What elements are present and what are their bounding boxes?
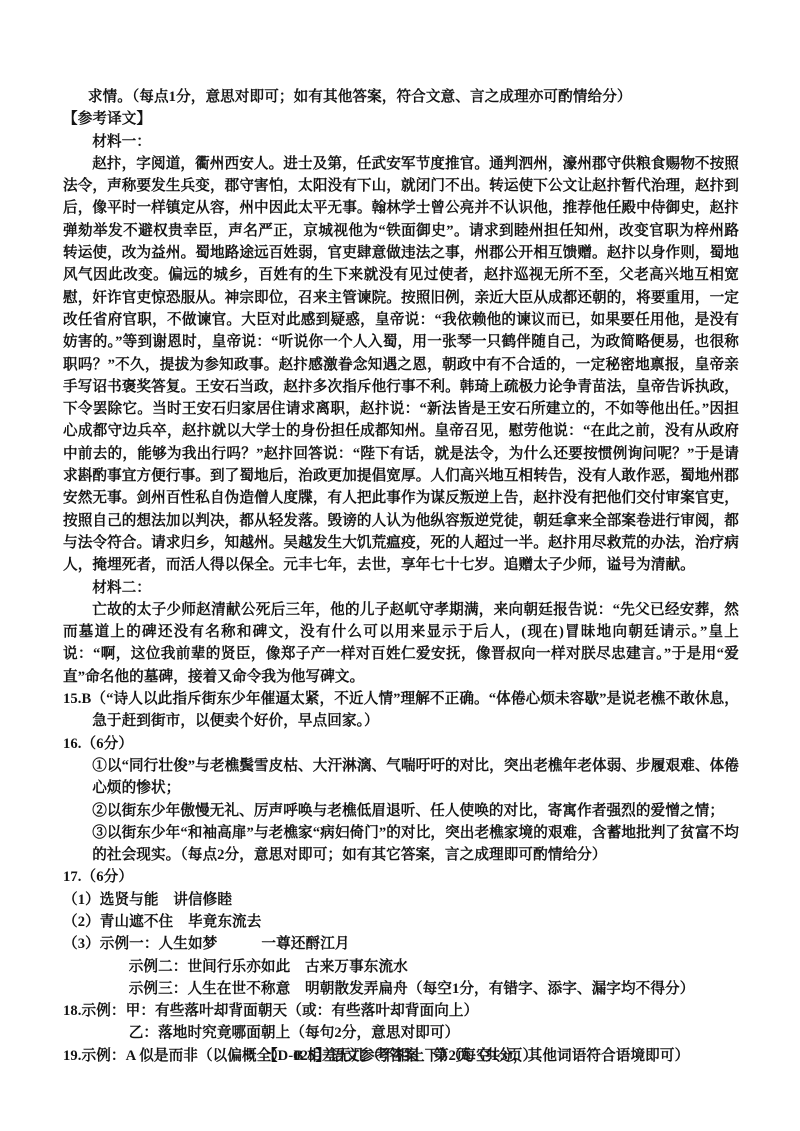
answer-item-17-blank-3-example-2: 示例二：世间行乐亦如此 古来万事东流水	[129, 956, 739, 978]
material2-translation-paragraph: 亡故的太子少师赵清献公死后三年，他的儿子赵屼守孝期满，来向朝廷报告说：“先父已经…	[63, 599, 739, 688]
material1-translation-paragraph: 赵抃，字阅道，衢州西安人。进士及第，任武安军节度推官。通判泗州，濠州郡守供粮食赐…	[63, 153, 739, 577]
answer-item-16-point-2: ②以街东少年傲慢无礼、厉声呼唤与老樵低眉退听、任人使唤的对比，寄寓作者强烈的爱憎…	[92, 800, 739, 822]
answer-item-16-header: 16.（6分）	[63, 733, 739, 755]
answer-item-17-blank-1: （1）选贤与能 讲信修睦	[63, 889, 739, 911]
answer-item-16-point-1: ①以“同行壮俊”与老樵鬓雪皮枯、大汗淋漓、气喘吁吁的对比，突出老樵年老体弱、步履…	[92, 755, 739, 800]
material1-label: 材料一：	[63, 131, 739, 153]
answer-key-page: 求情。（每点1分，意思对即可；如有其他答案，符合文意、言之成理亦可酌情给分） 【…	[0, 0, 800, 1131]
material2-label: 材料二：	[63, 577, 739, 599]
answer-item-16-point-3: ③以街东少年“和袖高扉”与老樵家“病妇倚门”的对比，突出老樵家境的艰难，含蓄地批…	[92, 822, 739, 867]
answer-item-17-header: 17.（6分）	[63, 866, 739, 888]
carryover-answer-line: 求情。（每点1分，意思对即可；如有其他答案，符合文意、言之成理亦可酌情给分）	[63, 86, 739, 108]
answer-item-18-line-jia: 18.示例：甲：有些落叶却背面朝天（或：有些落叶却背面向上）	[63, 1000, 739, 1022]
reference-translation-header: 【参考译文】	[63, 108, 739, 130]
answer-item-17-blank-3-example-3: 示例三：人生在世不称意 明朝散发弄扁舟（每空1分，有错字、添字、漏字均不得分）	[129, 978, 739, 1000]
page-footer: 【D-025】语文参考答案 第2页（共3页）	[0, 1044, 800, 1065]
answer-item-17-blank-3-example-1: （3）示例一：人生如梦 一尊还酹江月	[63, 933, 739, 955]
document-body: 求情。（每点1分，意思对即可；如有其他答案，符合文意、言之成理亦可酌情给分） 【…	[63, 86, 739, 1067]
answer-item-17-blank-2: （2）青山遮不住 毕竟东流去	[63, 911, 739, 933]
answer-item-15: 15.B（“诗人以此指斥街东少年催逼太紧，不近人情”理解不正确。“体倦心烦未容歇…	[63, 688, 739, 733]
answer-item-18-line-yi: 乙：落地时究竟哪面朝上（每句2分，意思对即可）	[129, 1022, 739, 1044]
